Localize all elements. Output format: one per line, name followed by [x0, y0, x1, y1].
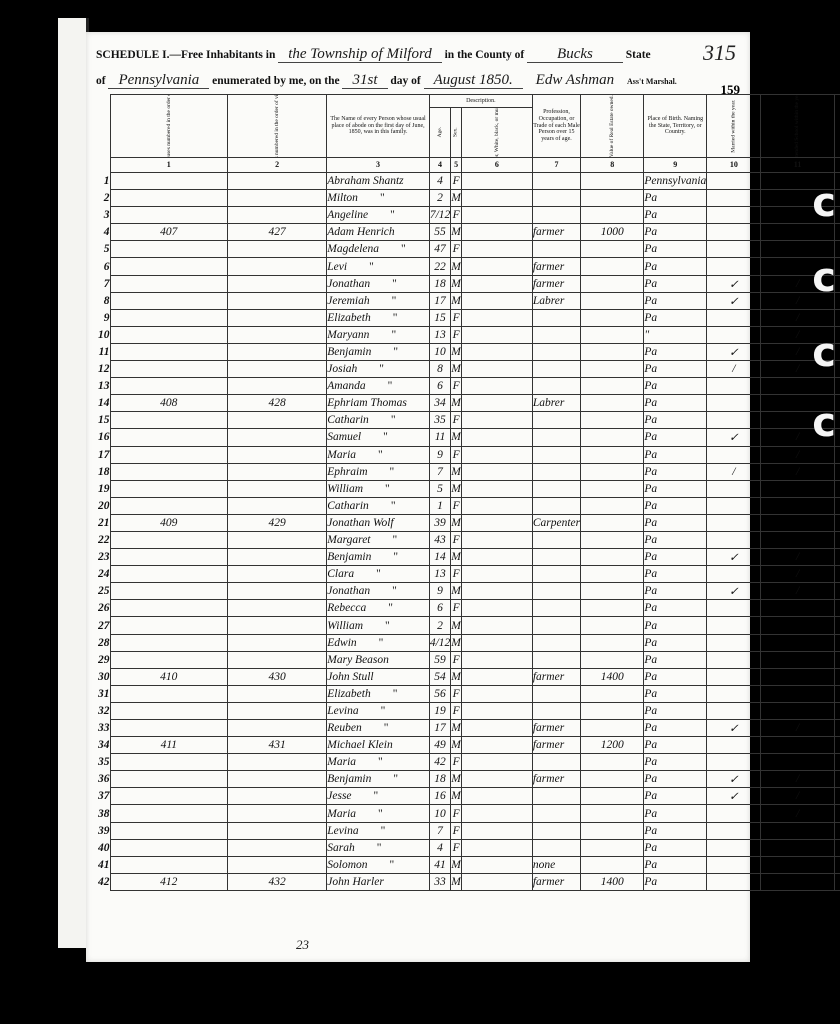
color — [461, 651, 532, 668]
illiterate-mark — [834, 446, 840, 463]
line-number: 18 — [98, 463, 110, 480]
occupation: none — [532, 856, 580, 873]
sex: M — [451, 361, 462, 378]
table-row: 24Clara"13FPa/24 — [98, 566, 840, 583]
dwelling-number: 410 — [110, 668, 228, 685]
ditto-mark: " — [391, 329, 396, 341]
color — [461, 583, 532, 600]
sex: M — [451, 856, 462, 873]
married-mark — [707, 617, 761, 634]
illiterate-mark — [834, 856, 840, 873]
real-estate-value — [581, 583, 644, 600]
line-number: 30 — [98, 668, 110, 685]
ditto-mark: " — [390, 209, 395, 221]
age: 1 — [429, 497, 450, 514]
line-number: 7 — [98, 275, 110, 292]
real-estate-value — [581, 395, 644, 412]
school-mark — [761, 668, 834, 685]
ditto-mark: " — [392, 295, 397, 307]
color — [461, 737, 532, 754]
line-number: 27 — [98, 617, 110, 634]
school-mark — [761, 685, 834, 702]
color — [461, 771, 532, 788]
color — [461, 395, 532, 412]
age: 17 — [429, 720, 450, 737]
married-mark — [707, 497, 761, 514]
color — [461, 839, 532, 856]
color — [461, 309, 532, 326]
color — [461, 514, 532, 531]
table-row: 31Elizabeth"56FPa31 — [98, 685, 840, 702]
person-name: John Harler — [327, 873, 430, 890]
age: 8 — [429, 361, 450, 378]
family-number — [228, 839, 327, 856]
birthplace: Pa — [644, 361, 707, 378]
birthplace: Pa — [644, 702, 707, 719]
line-number: 4 — [98, 224, 110, 241]
ditto-mark: " — [379, 363, 384, 375]
line-number: 14 — [98, 395, 110, 412]
sex: M — [451, 668, 462, 685]
birthplace: Pa — [644, 634, 707, 651]
family-number — [228, 190, 327, 207]
table-row: 11Benjamin"10MPa✓/11 — [98, 343, 840, 360]
sex: M — [451, 634, 462, 651]
dwelling-number — [110, 583, 228, 600]
family-number — [228, 429, 327, 446]
illiterate-mark — [834, 634, 840, 651]
color — [461, 600, 532, 617]
birthplace: Pa — [644, 788, 707, 805]
table-row: 20Catharin"1FPa20 — [98, 497, 840, 514]
line-number: 26 — [98, 600, 110, 617]
sex: M — [451, 258, 462, 275]
ditto-mark: " — [380, 192, 385, 204]
occupation — [532, 412, 580, 429]
birthplace: Pa — [644, 275, 707, 292]
color — [461, 668, 532, 685]
married-mark: / — [707, 361, 761, 378]
color — [461, 412, 532, 429]
family-number — [228, 309, 327, 326]
family-number — [228, 480, 327, 497]
person-name: Catharin" — [327, 497, 430, 514]
dwelling-number — [110, 241, 228, 258]
line-number: 21 — [98, 514, 110, 531]
illiterate-mark — [834, 566, 840, 583]
line-number: 15 — [98, 412, 110, 429]
dwelling-number — [110, 173, 228, 190]
family-number — [228, 497, 327, 514]
birthplace: Pa — [644, 668, 707, 685]
occupation — [532, 343, 580, 360]
sex: M — [451, 343, 462, 360]
occupation — [532, 617, 580, 634]
dwelling-number — [110, 190, 228, 207]
real-estate-value — [581, 309, 644, 326]
school-mark: / — [761, 805, 834, 822]
illiterate-mark — [834, 224, 840, 241]
married-mark: ✓ — [707, 549, 761, 566]
dwelling-number — [110, 429, 228, 446]
line-number: 8 — [98, 292, 110, 309]
sex: F — [451, 822, 462, 839]
ditto-mark: " — [388, 380, 393, 392]
birthplace: Pa — [644, 771, 707, 788]
line-number: 28 — [98, 634, 110, 651]
birthplace: Pa — [644, 720, 707, 737]
color — [461, 173, 532, 190]
family-number — [228, 617, 327, 634]
real-estate-value — [581, 326, 644, 343]
real-estate-value — [581, 566, 644, 583]
person-name: Maryann" — [327, 326, 430, 343]
birthplace: Pa — [644, 446, 707, 463]
married-mark — [707, 685, 761, 702]
ditto-mark: " — [393, 551, 398, 563]
table-row: 4407427Adam Henrich55Mfarmer1000Pa4 — [98, 224, 840, 241]
person-name: Jesse" — [327, 788, 430, 805]
married-mark — [707, 395, 761, 412]
film-edge-mark: c — [812, 180, 836, 226]
person-name: Ephriam Thomas — [327, 395, 430, 412]
birthplace: Pa — [644, 343, 707, 360]
age: 4 — [429, 839, 450, 856]
color — [461, 634, 532, 651]
dwelling-number — [110, 412, 228, 429]
person-name: Margaret" — [327, 531, 430, 548]
age: 49 — [429, 737, 450, 754]
dwelling-number — [110, 258, 228, 275]
family-number: 429 — [228, 514, 327, 531]
occupation — [532, 651, 580, 668]
table-row: 12Josiah"8MPa//12 — [98, 361, 840, 378]
family-number — [228, 566, 327, 583]
real-estate-value — [581, 446, 644, 463]
married-mark — [707, 190, 761, 207]
family-number: 432 — [228, 873, 327, 890]
col-age-header: Age. — [429, 108, 450, 158]
real-estate-value — [581, 173, 644, 190]
birthplace: Pa — [644, 685, 707, 702]
color — [461, 446, 532, 463]
real-estate-value: 1400 — [581, 668, 644, 685]
dwelling-number: 408 — [110, 395, 228, 412]
table-row: 39Levina"7FPa39 — [98, 822, 840, 839]
color — [461, 343, 532, 360]
birthplace: Pa — [644, 737, 707, 754]
family-number — [228, 446, 327, 463]
occupation — [532, 600, 580, 617]
real-estate-value — [581, 617, 644, 634]
occupation — [532, 173, 580, 190]
occupation: farmer — [532, 224, 580, 241]
occupation: farmer — [532, 771, 580, 788]
married-mark — [707, 873, 761, 890]
dwelling-number — [110, 617, 228, 634]
person-name: Jonathan Wolf — [327, 514, 430, 531]
real-estate-value: 1000 — [581, 224, 644, 241]
tally-mark: 23 — [296, 937, 309, 953]
occupation — [532, 531, 580, 548]
married-mark: ✓ — [707, 275, 761, 292]
married-mark — [707, 378, 761, 395]
line-number: 20 — [98, 497, 110, 514]
table-row: 38Maria"10FPa/38 — [98, 805, 840, 822]
birthplace: Pa — [644, 378, 707, 395]
film-edge-mark: c — [812, 330, 836, 376]
dwelling-number — [110, 378, 228, 395]
family-number — [228, 549, 327, 566]
real-estate-value — [581, 805, 644, 822]
dwelling-number — [110, 771, 228, 788]
line-number: 6 — [98, 258, 110, 275]
person-name: Adam Henrich — [327, 224, 430, 241]
sex: M — [451, 873, 462, 890]
occupation — [532, 549, 580, 566]
sex: M — [451, 224, 462, 241]
color — [461, 224, 532, 241]
marshal-name: Edw Ashman — [526, 72, 624, 88]
occupation — [532, 685, 580, 702]
married-mark — [707, 173, 761, 190]
occupation — [532, 754, 580, 771]
real-estate-value — [581, 702, 644, 719]
occupation: Carpenter — [532, 514, 580, 531]
person-name: Jonathan" — [327, 275, 430, 292]
dwelling-number — [110, 634, 228, 651]
married-mark: ✓ — [707, 429, 761, 446]
ditto-mark: " — [378, 449, 383, 461]
ditto-mark: " — [390, 859, 395, 871]
age: 7/12 — [429, 207, 450, 224]
illiterate-mark — [834, 737, 840, 754]
sex: F — [451, 566, 462, 583]
color — [461, 702, 532, 719]
occupation — [532, 805, 580, 822]
month-year-field: August 1850. — [424, 72, 523, 89]
real-estate-value — [581, 531, 644, 548]
birthplace: Pa — [644, 651, 707, 668]
birthplace: Pa — [644, 429, 707, 446]
married-mark — [707, 326, 761, 343]
person-name: Amanda" — [327, 378, 430, 395]
dwelling-number — [110, 549, 228, 566]
age: 35 — [429, 412, 450, 429]
marshal-label: Ass't Marshal. — [627, 77, 677, 86]
real-estate-value — [581, 292, 644, 309]
illiterate-mark — [834, 720, 840, 737]
school-mark — [761, 822, 834, 839]
birthplace: Pa — [644, 292, 707, 309]
dwelling-number — [110, 207, 228, 224]
person-name: Jonathan" — [327, 583, 430, 600]
table-row: 7Jonathan"18MfarmerPa✓/7 — [98, 275, 840, 292]
dwelling-number — [110, 480, 228, 497]
line-number: 25 — [98, 583, 110, 600]
school-mark: / — [761, 309, 834, 326]
real-estate-value — [581, 497, 644, 514]
illiterate-mark — [834, 788, 840, 805]
illiterate-mark — [834, 651, 840, 668]
sex: M — [451, 617, 462, 634]
married-mark: ✓ — [707, 771, 761, 788]
ditto-mark: " — [393, 773, 398, 785]
dwelling-number: 412 — [110, 873, 228, 890]
census-page: 315 SCHEDULE I.—Free Inhabitants in the … — [86, 32, 750, 962]
table-row: 37Jesse"16MPa✓/37 — [98, 788, 840, 805]
person-name: Josiah" — [327, 361, 430, 378]
occupation: Labrer — [532, 395, 580, 412]
school-mark — [761, 497, 834, 514]
dwelling-number — [110, 566, 228, 583]
school-mark — [761, 378, 834, 395]
color — [461, 326, 532, 343]
birthplace: Pennsylvania — [644, 173, 707, 190]
illiterate-mark — [834, 497, 840, 514]
married-mark — [707, 480, 761, 497]
line-number: 34 — [98, 737, 110, 754]
real-estate-value — [581, 788, 644, 805]
occupation — [532, 788, 580, 805]
film-edge-mark: c — [812, 400, 836, 446]
birthplace: Pa — [644, 514, 707, 531]
age: 10 — [429, 343, 450, 360]
line-number: 9 — [98, 309, 110, 326]
school-mark: / — [761, 463, 834, 480]
occupation — [532, 566, 580, 583]
table-row: 1Abraham Shantz4FPennsylvania1 — [98, 173, 840, 190]
sex: F — [451, 839, 462, 856]
age: 39 — [429, 514, 450, 531]
table-row: 29Mary Beason59FPablind29 — [98, 651, 840, 668]
person-name: Levina" — [327, 702, 430, 719]
age: 59 — [429, 651, 450, 668]
family-number: 428 — [228, 395, 327, 412]
real-estate-value — [581, 463, 644, 480]
family-number — [228, 822, 327, 839]
ditto-mark: " — [393, 346, 398, 358]
line-number: 12 — [98, 361, 110, 378]
married-mark: ✓ — [707, 292, 761, 309]
table-row: 40Sarah"4FPa40 — [98, 839, 840, 856]
birthplace: Pa — [644, 856, 707, 873]
sex: F — [451, 651, 462, 668]
ditto-mark: " — [374, 790, 379, 802]
sex: M — [451, 583, 462, 600]
family-number — [228, 702, 327, 719]
married-mark — [707, 224, 761, 241]
age: 19 — [429, 702, 450, 719]
married-mark — [707, 412, 761, 429]
dwelling-number: 409 — [110, 514, 228, 531]
family-number — [228, 275, 327, 292]
line-number: 39 — [98, 822, 110, 839]
school-mark — [761, 224, 834, 241]
family-number — [228, 651, 327, 668]
age: 7 — [429, 822, 450, 839]
sex: M — [451, 292, 462, 309]
married-mark — [707, 805, 761, 822]
state-label: State — [626, 49, 651, 61]
birthplace: Pa — [644, 822, 707, 839]
married-mark — [707, 531, 761, 548]
age: 7 — [429, 463, 450, 480]
sex: M — [451, 463, 462, 480]
real-estate-value — [581, 600, 644, 617]
real-estate-value — [581, 514, 644, 531]
line-number: 13 — [98, 378, 110, 395]
occupation: farmer — [532, 737, 580, 754]
color — [461, 856, 532, 873]
dwelling-number: 407 — [110, 224, 228, 241]
person-name: Rebecca" — [327, 600, 430, 617]
table-row: 35Maria"42FPa35 — [98, 754, 840, 771]
sex: M — [451, 737, 462, 754]
color — [461, 549, 532, 566]
family-number: 427 — [228, 224, 327, 241]
age: 42 — [429, 754, 450, 771]
illiterate-mark — [834, 805, 840, 822]
ditto-mark: " — [376, 568, 381, 580]
illiterate-mark — [834, 839, 840, 856]
birthplace: Pa — [644, 549, 707, 566]
birthplace: " — [644, 326, 707, 343]
school-mark — [761, 634, 834, 651]
birthplace: Pa — [644, 224, 707, 241]
sex: M — [451, 480, 462, 497]
line-number: 5 — [98, 241, 110, 258]
person-name: William" — [327, 617, 430, 634]
line-number: 29 — [98, 651, 110, 668]
line-number: 10 — [98, 326, 110, 343]
sex: M — [451, 514, 462, 531]
color — [461, 497, 532, 514]
color — [461, 754, 532, 771]
birthplace: Pa — [644, 531, 707, 548]
occupation — [532, 361, 580, 378]
real-estate-value — [581, 378, 644, 395]
sex: M — [451, 549, 462, 566]
table-row: 30410430John Stull54Mfarmer1400Pa30 — [98, 668, 840, 685]
person-name: William" — [327, 480, 430, 497]
color — [461, 566, 532, 583]
person-name: Jeremiah" — [327, 292, 430, 309]
illiterate-mark — [834, 600, 840, 617]
ditto-mark: " — [381, 825, 386, 837]
line-number: 3 — [98, 207, 110, 224]
dwelling-number — [110, 720, 228, 737]
dwelling-number — [110, 343, 228, 360]
age: 43 — [429, 531, 450, 548]
person-name: Angeline" — [327, 207, 430, 224]
age: 9 — [429, 446, 450, 463]
person-name: Elizabeth" — [327, 685, 430, 702]
illiterate-mark — [834, 668, 840, 685]
day-field: 31st — [342, 72, 387, 89]
color — [461, 788, 532, 805]
illiterate-mark — [834, 480, 840, 497]
married-mark — [707, 309, 761, 326]
person-name: Benjamin" — [327, 771, 430, 788]
ditto-mark: " — [393, 688, 398, 700]
color — [461, 275, 532, 292]
married-mark: / — [707, 463, 761, 480]
age: 2 — [429, 190, 450, 207]
occupation — [532, 429, 580, 446]
school-mark: / — [761, 583, 834, 600]
occupation — [532, 702, 580, 719]
